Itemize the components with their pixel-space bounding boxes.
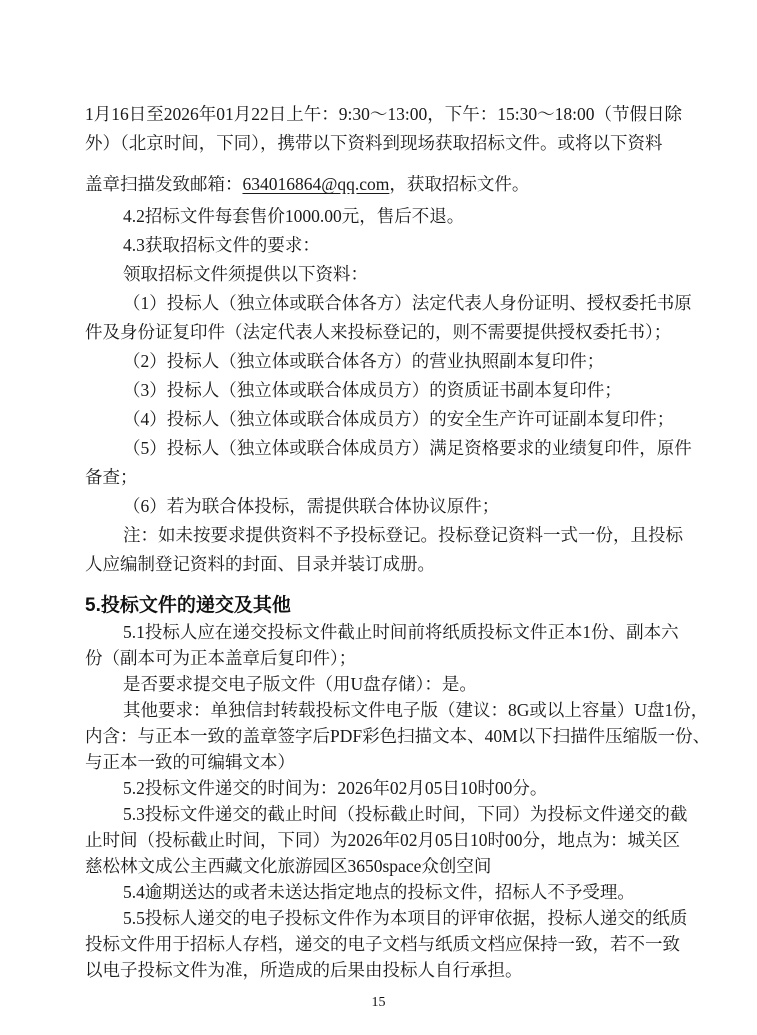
doc-line: 4.3获取招标文件的要求：	[85, 231, 677, 260]
doc-line: 备查；	[85, 463, 677, 492]
doc-line-address: 慈松林文成公主西藏文化旅游园区3650space众创空间	[85, 853, 677, 879]
page-number: 15	[0, 995, 757, 1011]
doc-line: 投标文件用于招标人存档，递交的电子文档与纸质文档应保持一致，若不一致	[85, 931, 677, 957]
doc-line-5-5: 5.5投标人递交的电子投标文件作为本项目的评审依据，投标人递交的纸质	[85, 905, 677, 931]
doc-line-5-4: 5.4逾期送达的或者未送达指定地点的投标文件，招标人不予受理。	[85, 879, 677, 905]
doc-line-item-5: （5）投标人（独立体或联合体成员方）满足资格要求的业绩复印件，原件	[85, 434, 677, 463]
doc-line-note: 注：如未按要求提供资料不予投标登记。投标登记资料一式一份，且投标	[85, 521, 677, 550]
doc-line: 领取招标文件须提供以下资料：	[85, 260, 677, 289]
doc-line-price: 4.2招标文件每套售价1000.00元，售后不退。	[85, 202, 677, 231]
section-5-heading: 5.投标文件的递交及其他	[85, 593, 677, 619]
doc-line: 其他要求：单独信封转载投标文件电子版（建议：8G或以上容量）U盘1份，	[85, 697, 677, 723]
doc-line: 1月16日至2026年01月22日上午：9:30～13:00，下午：15:30～…	[85, 100, 677, 129]
email-line-suffix: ，获取招标文件。	[389, 174, 529, 194]
doc-line: 以电子投标文件为准，所造成的后果由投标人自行承担。	[85, 957, 677, 983]
doc-line: 与正本一致的可编辑文本）	[85, 749, 677, 775]
doc-line-item-2: （2）投标人（独立体或联合体各方）的营业执照副本复印件；	[85, 347, 677, 376]
email-link[interactable]: 634016864@qq.com	[243, 174, 390, 194]
doc-line-5-2: 5.2投标文件递交的时间为：2026年02月05日10时00分。	[85, 775, 677, 801]
doc-line: 内含：与正本一致的盖章签字后PDF彩色扫描文本、40M以下扫描件压缩版一份、	[85, 723, 677, 749]
doc-line: 件及身份证复印件（法定代表人来投标登记的，则不需要提供授权委托书）；	[85, 318, 677, 347]
doc-line: 是否要求提交电子版文件（用U盘存储）：是。	[85, 671, 677, 697]
doc-line-item-4: （4）投标人（独立体或联合体成员方）的安全生产许可证副本复印件；	[85, 405, 677, 434]
document-page: 1月16日至2026年01月22日上午：9:30～13:00，下午：15:30～…	[0, 0, 757, 1035]
doc-line-item-3: （3）投标人（独立体或联合体成员方）的资质证书副本复印件；	[85, 376, 677, 405]
doc-line: 止时间（投标截止时间，下同）为2026年02月05日10时00分，地点为：城关区	[85, 827, 677, 853]
doc-line-item-1: （1）投标人（独立体或联合体各方）法定代表人身份证明、授权委托书原	[85, 289, 677, 318]
email-line-prefix: 盖章扫描发致邮箱：	[85, 174, 243, 194]
doc-line-5-3: 5.3投标文件递交的截止时间（投标截止时间，下同）为投标文件递交的截	[85, 801, 677, 827]
document-body: 1月16日至2026年01月22日上午：9:30～13:00，下午：15:30～…	[85, 100, 677, 983]
doc-line: 份（副本可为正本盖章后复印件）；	[85, 645, 677, 671]
doc-line: 外）（北京时间，下同），携带以下资料到现场获取招标文件。或将以下资料	[85, 129, 677, 158]
doc-line-5-1: 5.1投标人应在递交投标文件截止时间前将纸质投标文件正本1份、副本六	[85, 619, 677, 645]
doc-line-item-6: （6）若为联合体投标，需提供联合体协议原件；	[85, 492, 677, 521]
doc-line-email: 盖章扫描发致邮箱：634016864@qq.com，获取招标文件。	[85, 170, 677, 199]
doc-line: 人应编制登记资料的封面、目录并装订成册。	[85, 550, 677, 579]
